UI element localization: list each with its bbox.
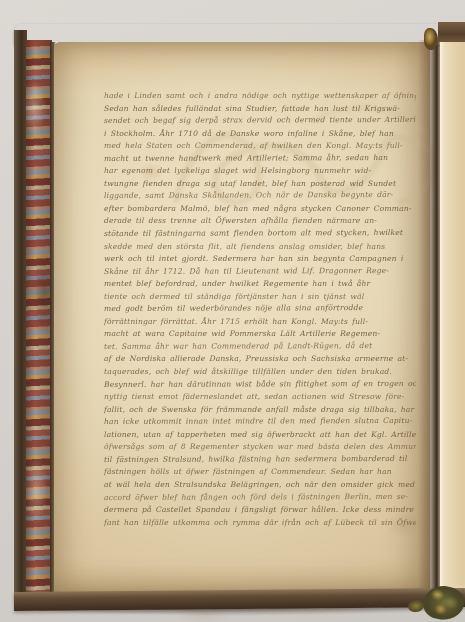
headband-tuft	[424, 28, 438, 50]
manuscript-line: mentet blef befordrad, under hwilket Reg…	[104, 278, 416, 291]
manuscript-line: efter bombardera Malmö, blef han med någ…	[104, 203, 416, 216]
manuscript-line: fästningen hölls ut öfwer fästningen af …	[104, 466, 416, 479]
manuscript-line: liggande, samt Danska Skånlanden. Och nä…	[104, 189, 416, 203]
manuscript-line: har egenom det lyckeliga slaget wid Hels…	[104, 165, 416, 178]
manuscript-line: accord öfwer blef han fången och förd de…	[104, 490, 416, 504]
manuscript-line: lationen, utan af tapperheten med sig öf…	[104, 429, 416, 442]
manuscript-line: hade i Linden samt och i andra nödige oc…	[104, 90, 416, 103]
manuscript-line: han icke utkommit innan intet mindre til…	[104, 415, 416, 429]
manuscript-line: macht at wara Capitaine wid Pommerska Lä…	[104, 328, 416, 341]
manuscript-line: fant han tilfälle utkomma och rymma där …	[104, 517, 416, 530]
manuscript-line: at wäl hela den Stralsundska Belägringen…	[104, 479, 416, 492]
manuscript-line: nyttig tienst emot fäderneslandet att, s…	[104, 391, 416, 404]
manuscript-line: Besynnerl. har han därutinnan wist både …	[104, 377, 416, 391]
manuscript-line: med godt beröm til wederbörandes nöje al…	[104, 302, 416, 316]
book-bottom-edge	[14, 588, 465, 611]
facing-page-top-edge	[438, 22, 465, 42]
photo-background: hade i Linden samt och i andra nödige oc…	[0, 0, 465, 622]
manuscript-line: sendet och begaf sig derpå strax dervid …	[104, 114, 416, 128]
manuscript-line: Skåne til åhr 1712. Då han til Lieutenan…	[104, 265, 416, 279]
manuscript-line: i Stockholm. Åhr 1710 då de Danske woro …	[104, 128, 416, 141]
facing-page-sliver	[440, 36, 465, 588]
manuscript-line: skedde med den största flit, alt fienden…	[104, 241, 416, 254]
manuscript-line: macht ut twenne handtwerk med Artillerie…	[104, 152, 416, 166]
manuscript-line: dermera på Castellet Spandau i fängsligt…	[104, 504, 416, 517]
manuscript-line: med hela Staten och Commenderad, af hwil…	[104, 140, 416, 153]
manuscript-line: stötande til fästningarna samt fienden b…	[104, 227, 416, 241]
manuscript-line: werk och til intet gjordt. Sedermera har…	[104, 253, 416, 266]
marbled-fore-edge	[26, 40, 52, 602]
manuscript-line: öfwersågs som af 8 Regementer stycken wa…	[104, 441, 416, 454]
manuscript-line: tet. Samma åhr war han Commenderad på La…	[104, 340, 416, 354]
manuscript-line: af de Nordiska allierade Danska, Preussi…	[104, 353, 416, 366]
manuscript-text: hade i Linden samt och i andra nödige oc…	[104, 90, 416, 534]
book-gutter-shadow	[418, 40, 442, 598]
manuscript-line: förrättningar förrättat. Åhr 1715 erhölt…	[104, 316, 416, 329]
manuscript-line: til fästningen Stralsund, hwilka fästnin…	[104, 453, 416, 467]
manuscript-line: taquerades, och blef wid åtskillige till…	[104, 366, 416, 379]
